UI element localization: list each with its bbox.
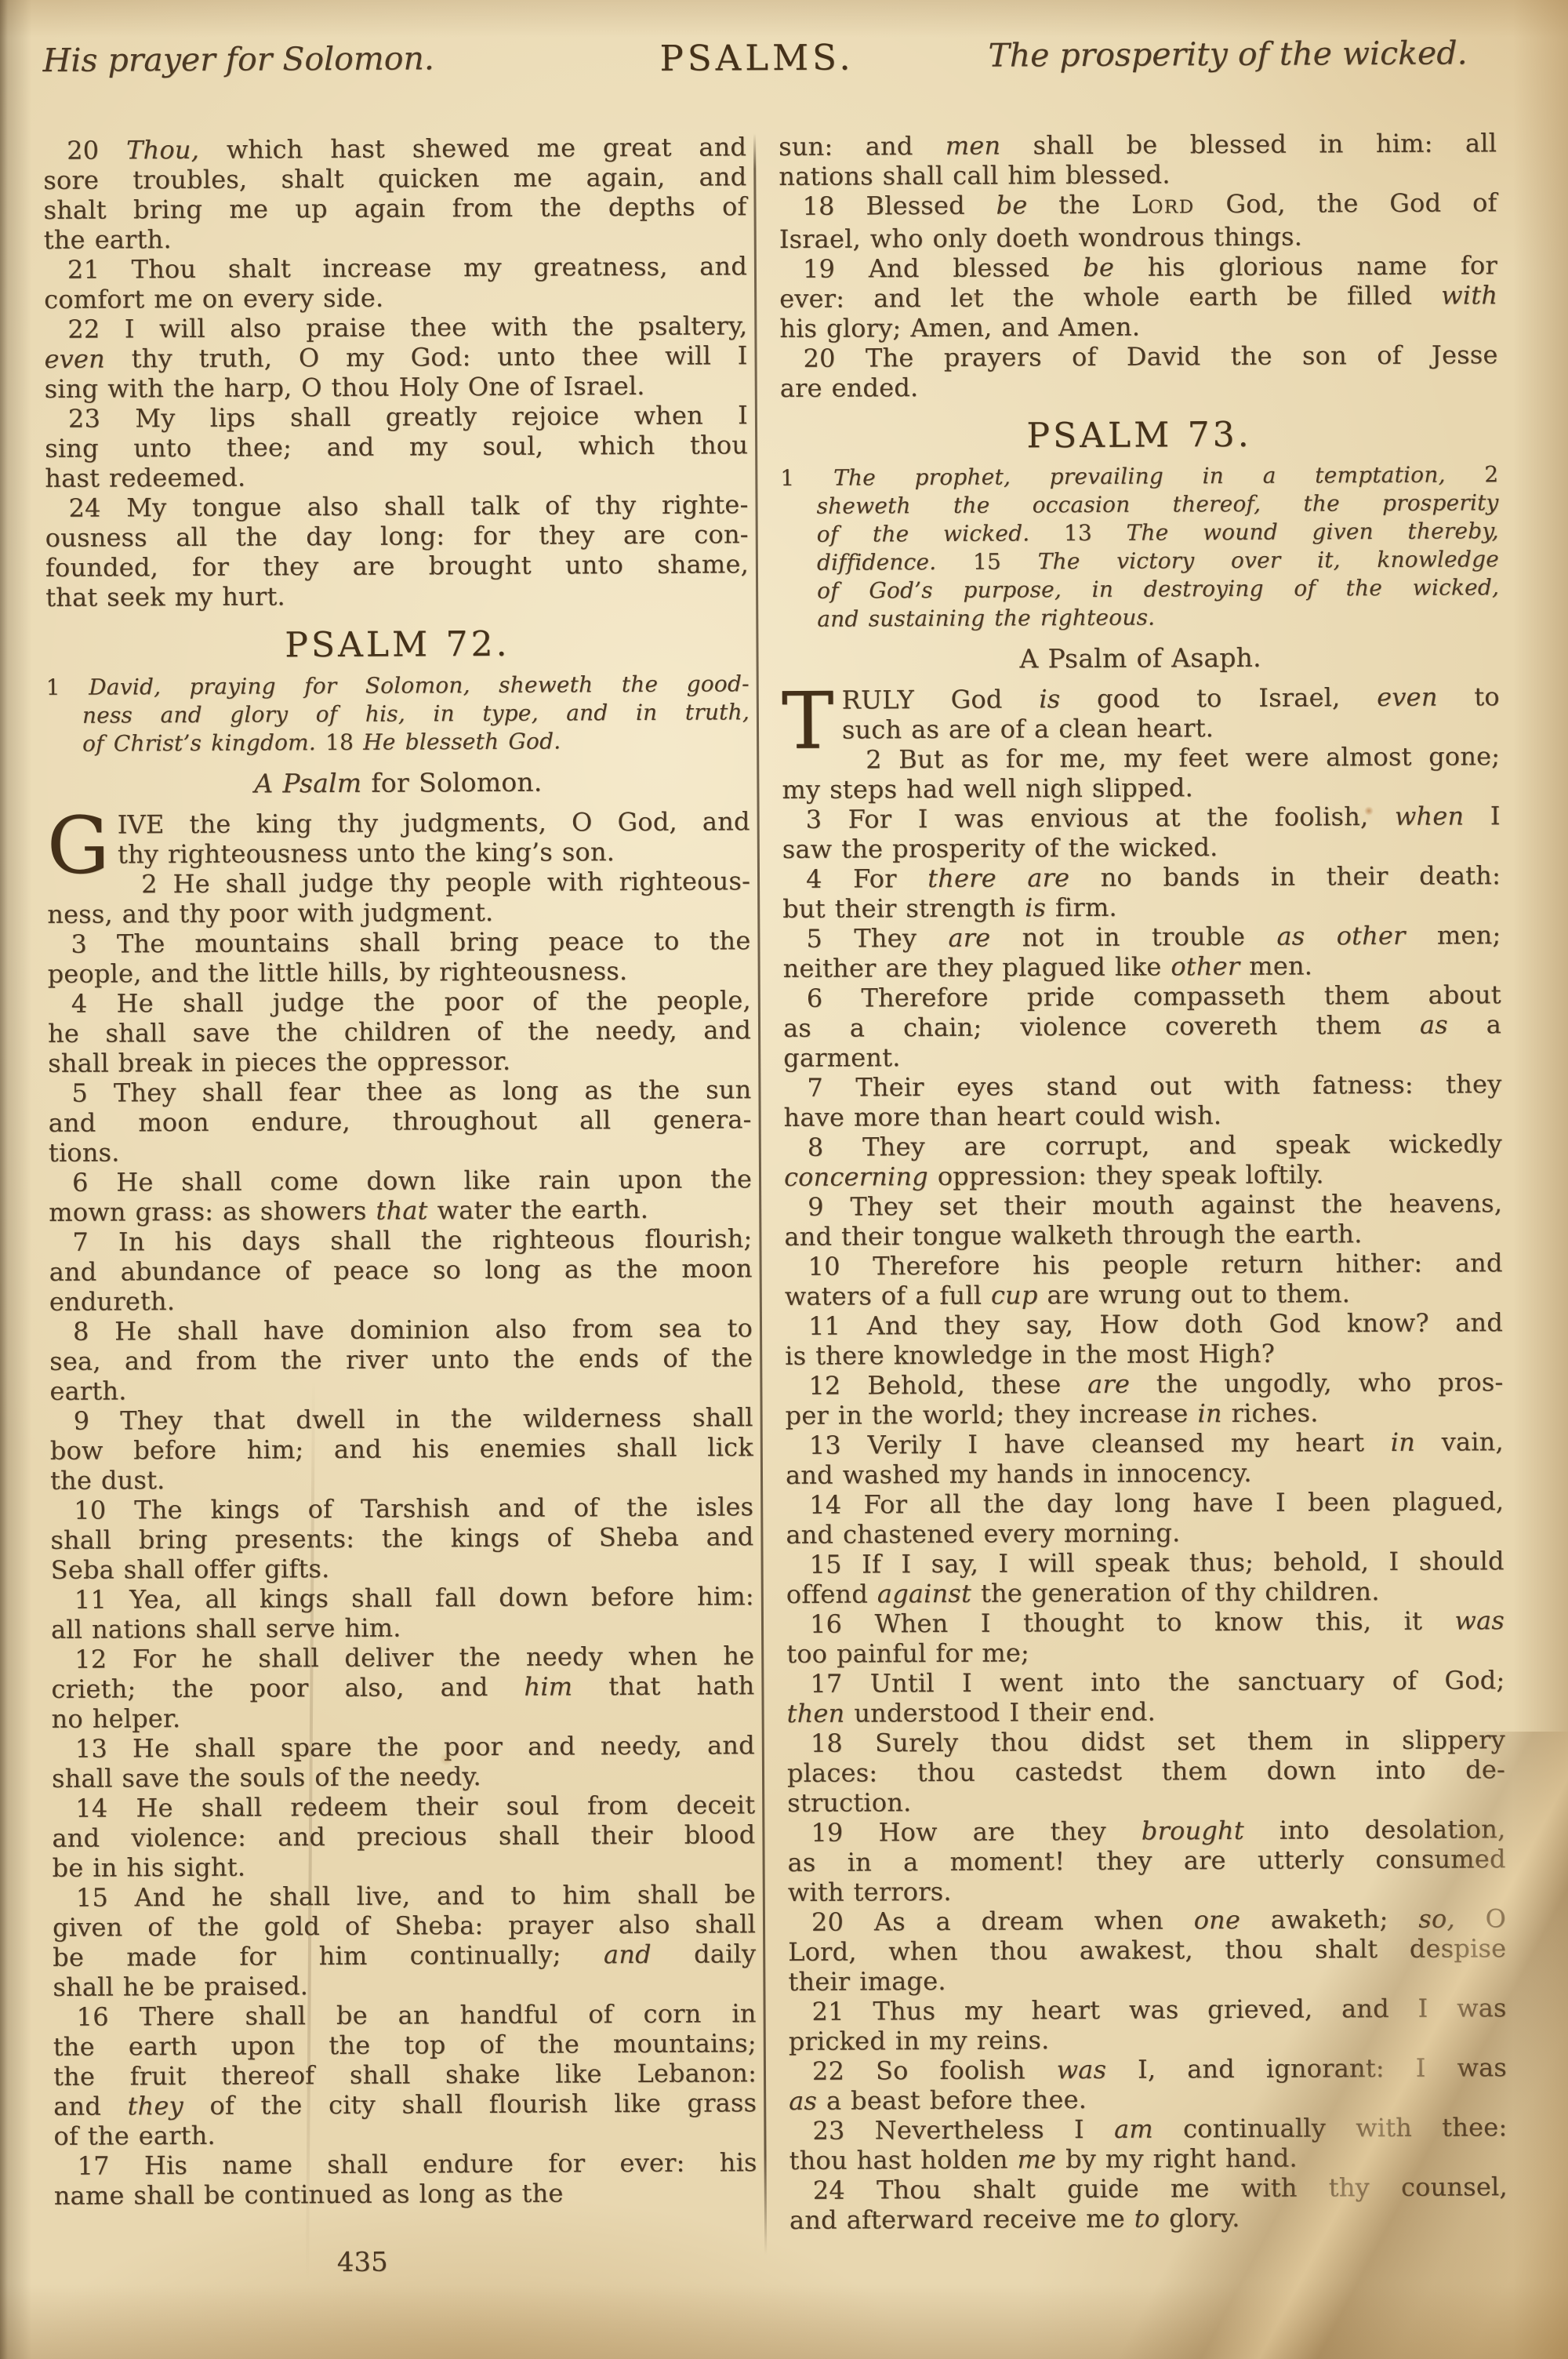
- text-line: shall break in pieces the oppressor.: [48, 1045, 751, 1078]
- text-line: 15 And he shall live, and to him shall b…: [53, 1879, 756, 1913]
- psalm-argument: 1 David, praying for Solomon, sheweth th…: [46, 670, 750, 758]
- verse: 10 The kings of Tarshish and of the isle…: [50, 1492, 754, 1585]
- running-head-right: The prosperity of the wicked.: [988, 34, 1467, 74]
- text-line: 5 They shall fear thee as long as the su…: [48, 1074, 751, 1108]
- text-line: offend against the generation of thy chi…: [786, 1576, 1504, 1609]
- text-line: all nations shall serve him.: [51, 1611, 754, 1645]
- text-line: he shall save the children of the needy,…: [48, 1015, 751, 1049]
- text-line: and abundance of peace so long as the mo…: [49, 1253, 753, 1287]
- argument-line: of the wicked. 13 The wound given thereb…: [817, 517, 1499, 549]
- text-line: 6 He shall come down like rain upon the: [49, 1164, 752, 1198]
- text-line: earth.: [49, 1372, 753, 1406]
- text-line: 19 How are they brought into desolation,: [787, 1814, 1505, 1848]
- text-line: tions.: [49, 1134, 752, 1168]
- text-line: the fruit thereof shall shake like Leban…: [53, 2058, 757, 2092]
- argument-line: 1 David, praying for Solomon, sheweth th…: [82, 670, 750, 701]
- text-line: shall bring presents: the kings of Sheba…: [50, 1521, 753, 1555]
- text-line: 3 For I was envious at the foolish, when…: [782, 801, 1501, 834]
- text-line: and chastened every morning.: [786, 1516, 1504, 1550]
- verse: 4 He shall judge the poor of the people,…: [48, 985, 752, 1078]
- text-line: 17 Until I went into the sanctuary of Go…: [786, 1665, 1504, 1699]
- text-line: 13 He shall spare the poor and needy, an…: [52, 1730, 755, 1764]
- text-line: but their strength is firm.: [782, 890, 1501, 924]
- verse: 19 And blessed be his glorious name fore…: [779, 250, 1498, 343]
- text-line: 11 And they say, How doth God know? and: [785, 1307, 1503, 1341]
- text-line: ousness all the day long: for they are c…: [45, 519, 749, 553]
- text-line: be in his sight.: [53, 1849, 756, 1883]
- text-line: of the earth.: [53, 2117, 757, 2151]
- psalm-heading: PSALM 72.: [45, 624, 749, 666]
- text-line: mown grass: as showers that water the ea…: [49, 1194, 752, 1227]
- verse: 10 Therefore his people return hither: a…: [785, 1248, 1503, 1311]
- drop-cap: T: [782, 685, 842, 748]
- verse: 23 Nevertheless I am continually with th…: [789, 2112, 1507, 2175]
- argument-line: of Christ’s kingdom. 18 He blesseth God.: [82, 726, 750, 758]
- verse: 18 Blessed be the LORD God, the God ofIs…: [779, 187, 1497, 254]
- text-line: comfort me on every side.: [44, 281, 747, 314]
- text-line: thou hast holden me by my right hand.: [789, 2142, 1507, 2175]
- text-line: 16 When I thought to know this, it was: [786, 1605, 1504, 1639]
- text-line: 5 They are not in trouble as other men;: [782, 920, 1501, 954]
- text-line: 9 They set their mouth against the heave…: [784, 1188, 1502, 1222]
- verse: 18 Surely thou didst set them in slipper…: [787, 1725, 1506, 1818]
- argument-line: 1 The prophet, prevailing in a temptatio…: [816, 460, 1498, 493]
- text-line: 24 My tongue also shall talk of thy righ…: [45, 489, 748, 523]
- text-line: that seek my hurt.: [45, 579, 749, 612]
- text-line: sore troubles, shalt quicken me again, a…: [43, 162, 746, 195]
- text-line: the earth upon the top of the mountains;: [53, 2028, 757, 2062]
- verse: 22 I will also praise thee with the psal…: [44, 311, 748, 404]
- verse: 9 They set their mouth against the heave…: [784, 1188, 1502, 1252]
- verse: 6 Therefore pride compasseth them abouta…: [783, 980, 1502, 1073]
- verse: 5 They shall fear thee as long as the su…: [48, 1074, 752, 1168]
- verse: 17 His name shall endure for ever: hisna…: [54, 2147, 757, 2211]
- argument-line: of God’s purpose, in destroying of the w…: [817, 573, 1499, 605]
- text-line: as a beast before thee.: [789, 2082, 1507, 2116]
- text-line: 4 For there are no bands in their death:: [782, 860, 1501, 894]
- page-number: 435: [307, 2246, 417, 2278]
- page-content: His prayer for Solomon. PSALMS. The pros…: [0, 0, 1568, 2359]
- text-line: is there knowledge in the most High?: [785, 1337, 1503, 1371]
- text-line: 18 Surely thou didst set them in slipper…: [787, 1725, 1505, 1758]
- verse: 23 My lips shall greatly rejoice when Is…: [45, 400, 749, 493]
- text-line: 11 Yea, all kings shall fall down before…: [51, 1581, 754, 1615]
- text-line: Lord, when thou awakest, thou shalt desp…: [788, 1933, 1506, 1967]
- text-line: per in the world; they increase in riche…: [786, 1397, 1504, 1430]
- verse-continuation: sun: and men shall be blessed in him: al…: [779, 128, 1497, 191]
- verse: 15 And he shall live, and to him shall b…: [53, 1879, 757, 2002]
- text-line: the dust.: [50, 1462, 753, 1496]
- text-line: 20 Thou, which hast shewed me great and: [43, 132, 746, 165]
- text-line: 12 For he shall deliver the needy when h…: [51, 1641, 754, 1674]
- text-line: saw the prosperity of the wicked.: [782, 831, 1501, 864]
- verse: 14 For all the day long have I been plag…: [786, 1486, 1504, 1550]
- verse: 19 How are they brought into desolation,…: [787, 1814, 1506, 1907]
- verse: 9 They that dwell in the wilderness shal…: [50, 1402, 754, 1496]
- text-line: 22 So foolish was I, and ignorant: I was: [789, 2052, 1507, 2086]
- argument-line: diffidence. 15 The victory over it, know…: [817, 545, 1499, 577]
- text-line: and afterward receive me to glory.: [789, 2201, 1508, 2235]
- text-line: as a chain; violence covereth them as a: [783, 1009, 1501, 1043]
- text-line: Israel, who only doeth wondrous things.: [779, 220, 1497, 254]
- text-line: 4 He shall judge the poor of the people,: [48, 985, 751, 1019]
- text-line: 8 He shall have dominion also from sea t…: [49, 1313, 753, 1347]
- text-line: have more than heart could wish.: [784, 1099, 1502, 1132]
- text-line: even thy truth, O my God: unto thee will…: [44, 340, 747, 374]
- verse: 12 For he shall deliver the needy when h…: [51, 1641, 755, 1734]
- text-line: sea, and from the river unto the ends of…: [49, 1343, 753, 1376]
- text-line: garment.: [783, 1039, 1501, 1073]
- text-line: 10 The kings of Tarshish and of the isle…: [50, 1492, 753, 1525]
- text-line: 15 If I say, I will speak thus; behold, …: [786, 1546, 1504, 1579]
- verse: 24 My tongue also shall talk of thy righ…: [45, 489, 749, 612]
- text-line: the earth.: [44, 221, 747, 255]
- text-line: shall save the souls of the needy.: [52, 1760, 755, 1794]
- verse: 2 He shall judge thy people with righteo…: [47, 866, 750, 929]
- text-line: 7 In his days shall the righteous flouri…: [49, 1223, 752, 1257]
- argument-line: and sustaining the righteous.: [817, 602, 1499, 634]
- verse: 11 Yea, all kings shall fall down before…: [51, 1581, 754, 1645]
- verse: 17 Until I went into the sanctuary of Go…: [786, 1665, 1504, 1728]
- text-line: sun: and men shall be blessed in him: al…: [779, 128, 1497, 162]
- verse: 24 Thou shalt guide me with thy counsel,…: [789, 2172, 1508, 2235]
- text-line: and washed my hands in innocency.: [786, 1456, 1504, 1490]
- text-line: ness, and thy poor with judgment.: [47, 896, 750, 929]
- verse: 13 He shall spare the poor and needy, an…: [52, 1730, 755, 1794]
- text-line: 21 Thus my heart was grieved, and I was: [788, 1993, 1506, 2026]
- text-line: 16 There shall be an handful of corn in: [53, 1998, 757, 2032]
- text-line: RULY God is good to Israel, even to: [782, 682, 1500, 715]
- text-line: people, and the little hills, by righteo…: [48, 955, 751, 989]
- verse: 3 For I was envious at the foolish, when…: [782, 801, 1501, 864]
- text-line: waters of a full cup are wrung out to th…: [785, 1278, 1503, 1311]
- text-line: pricked in my reins.: [789, 2023, 1507, 2056]
- psalm-subtitle: A Psalm of Asaph.: [781, 641, 1499, 676]
- text-line: 7 Their eyes stand out with fatness: the…: [783, 1069, 1501, 1103]
- text-line: 14 For all the day long have I been plag…: [786, 1486, 1504, 1520]
- verse: 16 There shall be an handful of corn int…: [53, 1998, 757, 2151]
- verse: GIVE the king thy judgments, O God, andt…: [47, 806, 750, 870]
- text-line: no helper.: [52, 1700, 755, 1734]
- verse: 3 The mountains shall bring peace to the…: [47, 925, 750, 989]
- text-line: places: thou castedst them down into de-: [787, 1754, 1505, 1788]
- verse: 13 Verily I have cleansed my heart in va…: [786, 1427, 1504, 1490]
- psalm-heading: PSALM 73.: [780, 415, 1498, 456]
- psalm-subtitle: A Psalm for Solomon.: [46, 765, 750, 801]
- text-line: their image.: [788, 1963, 1506, 1997]
- text-line: thy righteousness unto the king’s son.: [47, 836, 750, 870]
- verse: 14 He shall redeem their soul from decei…: [52, 1790, 756, 1883]
- text-line: nations shall call him blessed.: [779, 158, 1497, 191]
- verse: 15 If I say, I will speak thus; behold, …: [786, 1546, 1504, 1609]
- verse: 20 The prayers of David the son of Jesse…: [779, 340, 1497, 403]
- verse: 8 They are corrupt, and speak wickedlyco…: [784, 1129, 1502, 1192]
- text-line: as in a moment! they are utterly consume…: [788, 1844, 1506, 1877]
- text-line: and they of the city shall flourish like…: [53, 2088, 757, 2121]
- text-line: his glory; Amen, and Amen.: [779, 310, 1497, 343]
- verse: 5 They are not in trouble as other men;n…: [782, 920, 1501, 983]
- text-line: shall he be praised.: [53, 1968, 756, 2002]
- verse: 22 So foolish was I, and ignorant: I was…: [789, 2052, 1507, 2116]
- right-column: sun: and men shall be blessed in him: al…: [779, 128, 1508, 2235]
- text-line: and their tongue walketh through the ear…: [784, 1218, 1502, 1252]
- argument-line: ness and glory of his, in type, and in t…: [82, 698, 750, 729]
- text-line: sing unto thee; and my soul, which thou: [45, 430, 748, 463]
- verse: 6 He shall come down like rain upon them…: [49, 1164, 752, 1227]
- verse: 7 In his days shall the righteous flouri…: [49, 1223, 753, 1317]
- text-line: 6 Therefore pride compasseth them about: [783, 980, 1501, 1013]
- text-line: are ended.: [780, 369, 1498, 403]
- text-line: Seba shall offer gifts.: [51, 1551, 754, 1585]
- text-line: crieth; the poor also, and him that hath: [51, 1670, 754, 1704]
- text-line: name shall be continued as long as the: [54, 2177, 757, 2211]
- text-line: 8 They are corrupt, and speak wickedly: [784, 1129, 1502, 1162]
- left-column: 20 Thou, which hast shewed me great ands…: [43, 132, 757, 2211]
- text-line: 3 The mountains shall bring peace to the: [47, 925, 750, 959]
- text-line: and violence: and precious shall their b…: [52, 1819, 755, 1853]
- text-line: and moon endure, throughout all genera-: [49, 1104, 752, 1138]
- argument-line: sheweth the occasion thereof, the prospe…: [816, 489, 1498, 521]
- text-line: 23 Nevertheless I am continually with th…: [789, 2112, 1507, 2146]
- text-line: my steps had well nigh slipped.: [782, 771, 1500, 805]
- verse: 2 But as for me, my feet were almost gon…: [782, 741, 1500, 805]
- drop-cap: G: [47, 809, 118, 872]
- text-line: 13 Verily I have cleansed my heart in va…: [786, 1427, 1504, 1460]
- text-line: then understood I their end.: [787, 1695, 1505, 1728]
- verse: 12 Behold, these are the ungodly, who pr…: [785, 1367, 1503, 1430]
- text-line: founded, for they are brought unto shame…: [45, 549, 749, 583]
- text-line: 10 Therefore his people return hither: a…: [785, 1248, 1503, 1281]
- text-line: concerning oppression: they speak loftil…: [784, 1158, 1502, 1192]
- verse: 11 And they say, How doth God know? andi…: [785, 1307, 1503, 1371]
- text-line: shalt bring me up again from the depths …: [43, 191, 746, 225]
- text-line: sing with the harp, O thou Holy One of I…: [45, 370, 748, 404]
- text-line: neither are they plagued like other men.: [783, 950, 1501, 983]
- text-line: 12 Behold, these are the ungodly, who pr…: [785, 1367, 1503, 1401]
- text-line: struction.: [787, 1784, 1505, 1818]
- text-line: 17 His name shall endure for ever: his: [54, 2147, 757, 2181]
- text-line: 21 Thou shalt increase my greatness, and: [44, 251, 747, 285]
- verse: 8 He shall have dominion also from sea t…: [49, 1313, 753, 1406]
- text-line: hast redeemed.: [45, 460, 748, 493]
- text-line: 19 And blessed be his glorious name for: [779, 250, 1497, 284]
- verse: 7 Their eyes stand out with fatness: the…: [783, 1069, 1501, 1132]
- verse: 4 For there are no bands in their death:…: [782, 860, 1501, 924]
- text-line: with terrors.: [788, 1874, 1506, 1907]
- text-line: IVE the king thy judgments, O God, and: [47, 806, 750, 840]
- verse: 21 Thus my heart was grieved, and I wasp…: [788, 1993, 1506, 2056]
- text-line: 20 The prayers of David the son of Jesse: [779, 340, 1497, 373]
- text-line: 24 Thou shalt guide me with thy counsel,: [789, 2172, 1508, 2205]
- text-line: 2 But as for me, my feet were almost gon…: [782, 741, 1500, 775]
- text-line: 22 I will also praise thee with the psal…: [44, 311, 747, 344]
- text-line: 9 They that dwell in the wilderness shal…: [50, 1402, 753, 1436]
- text-line: 23 My lips shall greatly rejoice when I: [45, 400, 748, 434]
- text-line: such as are of a clean heart.: [782, 711, 1500, 745]
- text-line: 14 He shall redeem their soul from decei…: [52, 1790, 755, 1823]
- text-line: given of the gold of Sheba: prayer also …: [53, 1909, 756, 1943]
- bible-page: His prayer for Solomon. PSALMS. The pros…: [0, 0, 1568, 2359]
- text-line: too painful for me;: [786, 1635, 1504, 1669]
- text-line: 20 As a dream when one awaketh; so, O: [788, 1903, 1506, 1937]
- verse: 16 When I thought to know this, it wasto…: [786, 1605, 1504, 1669]
- text-line: 18 Blessed be the LORD God, the God of: [779, 187, 1497, 224]
- text-line: endureth.: [49, 1283, 753, 1317]
- text-line: bow before him; and his enemies shall li…: [50, 1432, 753, 1466]
- verse: 20 As a dream when one awaketh; so, OLor…: [788, 1903, 1507, 1997]
- verse: 20 Thou, which hast shewed me great ands…: [43, 132, 747, 255]
- text-line: be made for him continually; and daily: [53, 1939, 756, 1972]
- text-line: 2 He shall judge thy people with righteo…: [47, 866, 750, 900]
- text-line: ever: and let the whole earth be filled …: [779, 280, 1497, 314]
- verse: 21 Thou shalt increase my greatness, and…: [44, 251, 747, 314]
- psalm-argument: 1 The prophet, prevailing in a temptatio…: [780, 460, 1499, 634]
- verse: TRULY God is good to Israel, even tosuch…: [782, 682, 1500, 745]
